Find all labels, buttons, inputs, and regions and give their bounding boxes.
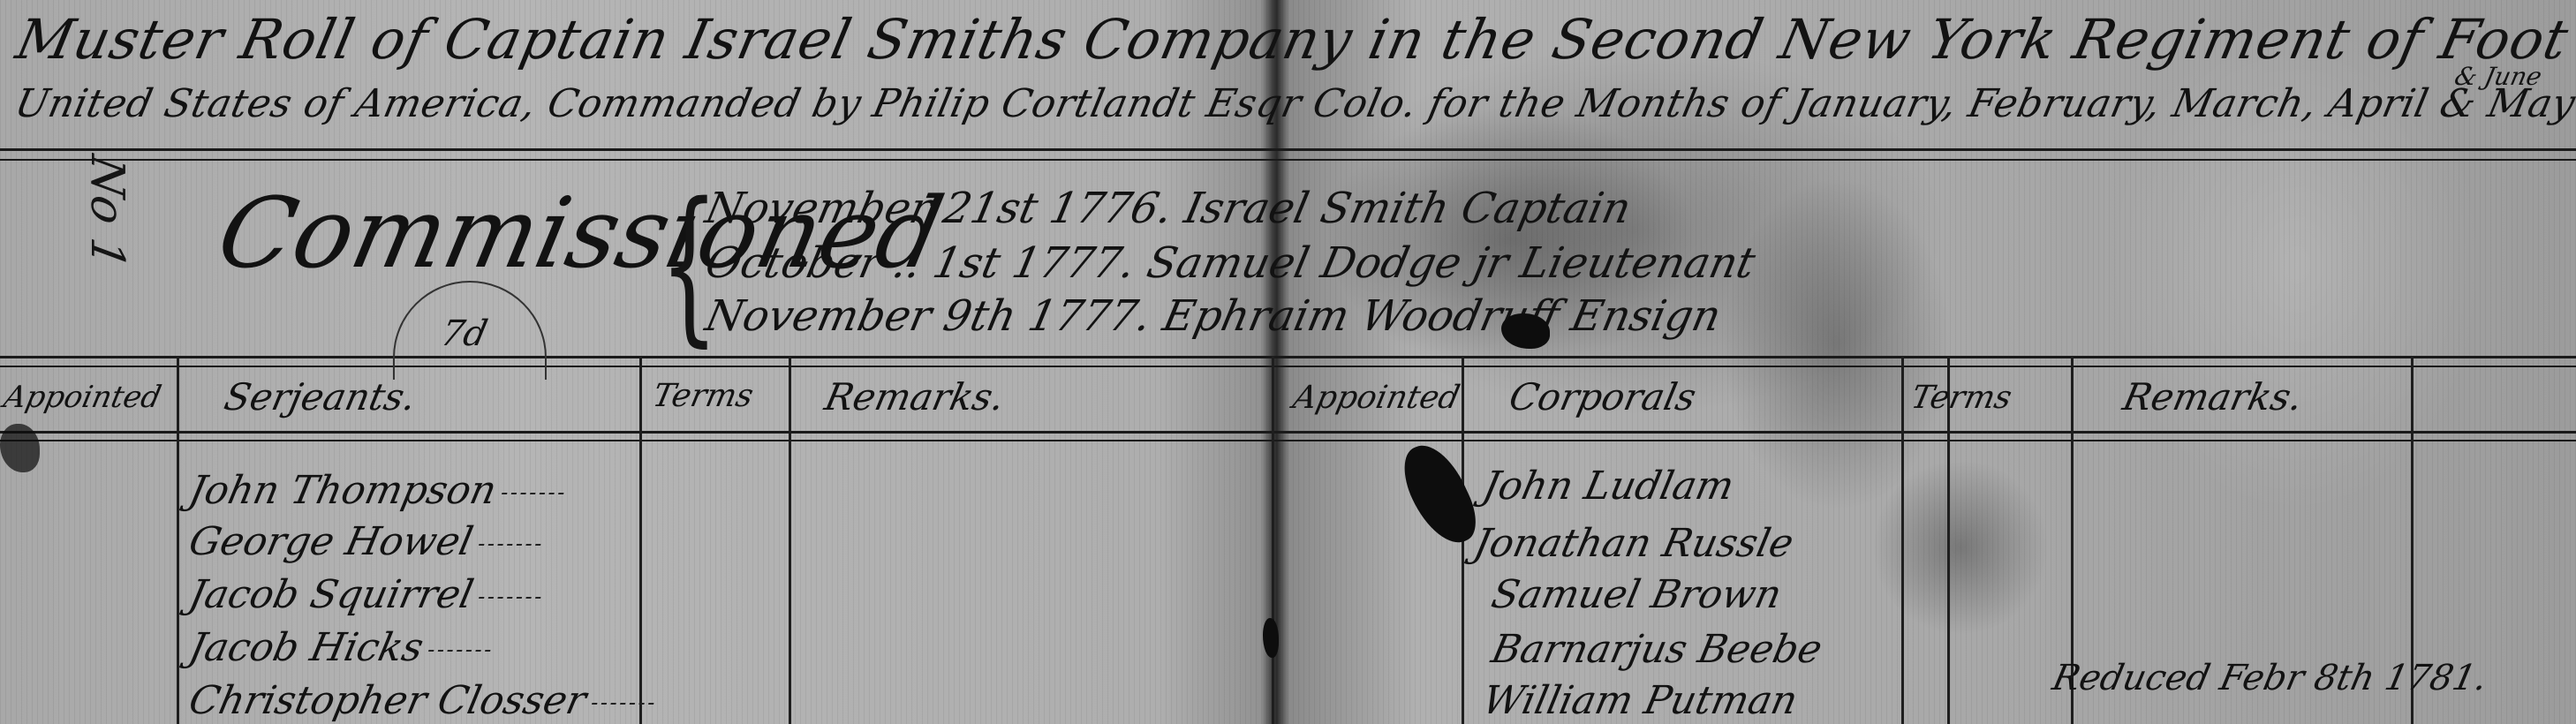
corporal-name: Jonathan Russle — [1470, 521, 1798, 566]
serjeant-row: George Howel — [185, 519, 546, 564]
column-rule — [177, 356, 179, 724]
right-header-terms: Terms — [1908, 380, 2015, 416]
column-rule — [1272, 356, 1274, 724]
margin-note: 7d — [437, 313, 491, 354]
title-interlined-note: & June — [2451, 62, 2544, 91]
left-header-terms: Terms — [650, 378, 757, 414]
right-header-appointed: Appointed — [1290, 380, 1463, 416]
rule-above-headers — [0, 356, 2576, 358]
commission-date: October .. 1st 1777. — [701, 238, 1140, 288]
column-rule — [639, 356, 642, 724]
ink-blot — [1263, 618, 1279, 658]
corporal-row: Samuel Brown — [1488, 572, 1786, 617]
corporal-row: Jonathan Russle — [1470, 521, 1798, 566]
filler-dash — [429, 650, 491, 652]
filler-dash — [479, 544, 540, 546]
muster-roll-document: Muster Roll of Captain Israel Smiths Com… — [0, 0, 2576, 724]
corporal-name: Barnarjus Beebe — [1488, 627, 1826, 672]
left-header-appointed: Appointed — [1, 380, 164, 415]
right-header-corporals: Corporals — [1506, 375, 1700, 419]
serjeant-name: Jacob Squirrel — [185, 572, 478, 617]
corporal-row: William Putman — [1479, 678, 1802, 723]
commission-name: Samuel Dodge jr — [1143, 238, 1513, 288]
filler-dash — [592, 703, 653, 705]
rule-under-title — [0, 148, 2576, 151]
commission-rank: Lieutenant — [1516, 238, 1760, 288]
rule-above-headers — [0, 366, 2576, 367]
rule-below-headers — [0, 431, 2576, 434]
ink-blot — [0, 424, 40, 472]
rule-under-title — [0, 159, 2576, 161]
roll-title-line-2: United States of America, Commanded by P… — [11, 81, 2576, 126]
commission-entry: November 9th 1777. Ephraim Woodruff Ensi… — [701, 291, 1726, 341]
commission-rank: Ensign — [1567, 291, 1725, 341]
commission-entry: November 21st 1776. Israel Smith Captain — [701, 184, 1635, 233]
left-header-serjeants: Serjeants. — [221, 375, 420, 419]
commission-entry: October .. 1st 1777. Samuel Dodge jr Lie… — [701, 238, 1759, 288]
corporal-remark: Reduced Febr 8th 1781. — [2049, 658, 2491, 698]
corporal-name: William Putman — [1479, 678, 1802, 723]
serjeant-row: Jacob Squirrel — [185, 572, 547, 617]
corporal-row: John Ludlam — [1479, 464, 1738, 509]
column-rule — [1901, 356, 1904, 724]
column-rule — [789, 356, 791, 724]
corporal-name: John Ludlam — [1479, 464, 1738, 509]
serjeant-row: John Thompson — [185, 468, 570, 513]
serjeant-row: Christopher Closser — [185, 678, 660, 723]
water-stain — [1872, 459, 2049, 636]
commission-date: November 21st 1776. — [701, 184, 1177, 233]
filler-dash — [479, 597, 540, 599]
roll-title-line-1: Muster Roll of Captain Israel Smiths Com… — [11, 7, 2576, 72]
serjeant-name: John Thompson — [185, 468, 501, 513]
corporal-row: Barnarjus Beebe — [1488, 627, 1826, 672]
left-header-remarks: Remarks. — [821, 375, 1008, 419]
serjeant-row: Jacob Hicks — [185, 625, 496, 670]
water-stain — [1722, 177, 1952, 512]
rule-below-headers — [0, 440, 2576, 441]
roll-number: No 1 — [80, 151, 133, 272]
commission-name: Israel Smith — [1180, 184, 1454, 233]
serjeant-name: Christopher Closser — [185, 678, 591, 723]
serjeant-name: George Howel — [185, 519, 477, 564]
right-header-remarks: Remarks. — [2119, 375, 2307, 419]
commission-date: November 9th 1777. — [701, 291, 1156, 341]
commission-rank: Captain — [1457, 184, 1635, 233]
filler-dash — [502, 493, 563, 494]
serjeant-name: Jacob Hicks — [185, 625, 427, 670]
corporal-name: Samuel Brown — [1488, 572, 1786, 617]
ink-blot — [1393, 435, 1485, 554]
